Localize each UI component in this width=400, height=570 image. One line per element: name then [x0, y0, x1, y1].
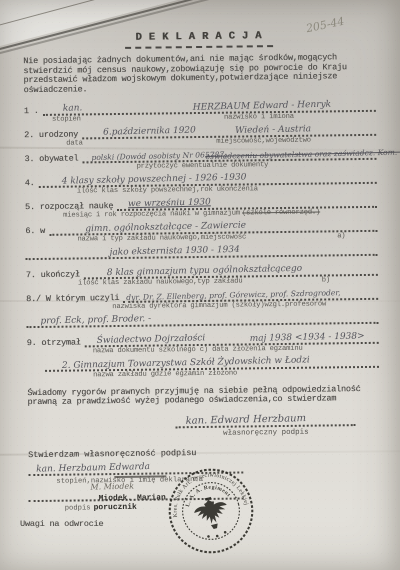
- footnote-marker: a): [337, 232, 345, 240]
- handwritten-name: HERZBAUM Edward - Henryk: [192, 99, 330, 112]
- dotted-rule: jako eksternista 1930 - 1934: [25, 241, 377, 260]
- caption-podpis: podpis: [65, 504, 91, 512]
- handwritten-rank: kan.: [62, 103, 82, 113]
- stamp-dot: [224, 531, 227, 534]
- rank-stamp-text: porucznik: [94, 503, 137, 513]
- signature-rule: kan. Edward Herzbaum: [176, 410, 356, 428]
- row-number: 4.: [25, 178, 39, 188]
- handwritten-primary-school: 4 klasy szkoły powszechnej - 1926 -1930: [62, 172, 247, 186]
- form-row-exam-school: 2. Gimnazjum Towarzystwa Szkół Żydowskic…: [27, 355, 379, 381]
- handwritten-school-name: gimn. ogólnokształcące - Zawiercie: [85, 220, 246, 234]
- row-number: 9. otrzymał: [27, 337, 85, 348]
- typed-officer-name: Miodek. Marian: [99, 494, 166, 504]
- row-number: 3. obywatel: [24, 153, 82, 164]
- eagle-icon: [191, 494, 231, 533]
- footnote-marker: b): [322, 276, 330, 284]
- declaration-form: 1 . kan. HERZBAUM Edward - Henryk stopie…: [24, 99, 379, 381]
- row-number: 1 .: [24, 106, 43, 116]
- form-row-teachers-cont: prof. Eck, prof. Broder. -: [26, 311, 378, 328]
- handwritten-certificate: Świadectwo Dojrzałości: [96, 333, 205, 345]
- handwritten-start-date: we wrześniu 1930: [128, 197, 211, 209]
- form-row-externist: jako eksternista 1930 - 1934: [26, 243, 378, 260]
- row-number: 2. urodzony: [24, 129, 82, 140]
- field-caption: nazwisko i imiona: [224, 113, 294, 122]
- closing-paragraph: Świadomy rygorów prawnych przyjmuję na s…: [27, 385, 383, 409]
- handwritten-birthdate: 6.października 1920: [103, 125, 196, 137]
- document-sheet: 205-44 DEKLARACJA Nie posiadając żadnych…: [0, 0, 400, 570]
- dotted-rule: prof. Eck, prof. Broder. -: [26, 309, 378, 328]
- signature-caption: własnoręczny podpis: [176, 428, 356, 438]
- field-caption: nazwa zakładu gdzie egzamin złożono: [93, 369, 237, 379]
- intro-paragraph: Nie posiadając żadnych dokumentów,ani ni…: [23, 53, 375, 96]
- stamp-dot: [216, 534, 219, 537]
- field-caption: miejscowość,województwo: [216, 136, 311, 145]
- handwritten-externist: jako eksternista 1930 - 1934: [110, 245, 240, 258]
- handwritten-teachers-cont: prof. Eck, prof. Broder. -: [40, 314, 151, 327]
- handwritten-birthplace: Wiedeń - Austria: [235, 124, 311, 136]
- row-number: 6. w: [25, 226, 49, 236]
- handwritten-declarant-name: kan. Herzbaum Edwarda: [36, 462, 150, 475]
- handwritten-completed: 8 klas gimnazjum typu ogólnokształcącego: [107, 263, 302, 277]
- handwritten-certificate-date: maj 1938 <1934 - 1938>: [249, 331, 364, 344]
- footer-note: Uwagi na odwrocie: [20, 519, 103, 529]
- handwritten-officer-signature: M. Miodek: [90, 482, 134, 492]
- handwritten-signature: kan. Edward Herzbaum: [186, 413, 307, 427]
- signature-block: kan. Edward Herzbaum własnoręczny podpis: [176, 410, 356, 438]
- document-title: DEKLARACJA: [125, 30, 272, 49]
- stamp-dot: [207, 535, 210, 538]
- field-caption: data: [66, 139, 83, 147]
- field-caption: przytoczyć ewentualnie dokumenty: [136, 161, 268, 171]
- field-caption: stopień: [52, 115, 81, 123]
